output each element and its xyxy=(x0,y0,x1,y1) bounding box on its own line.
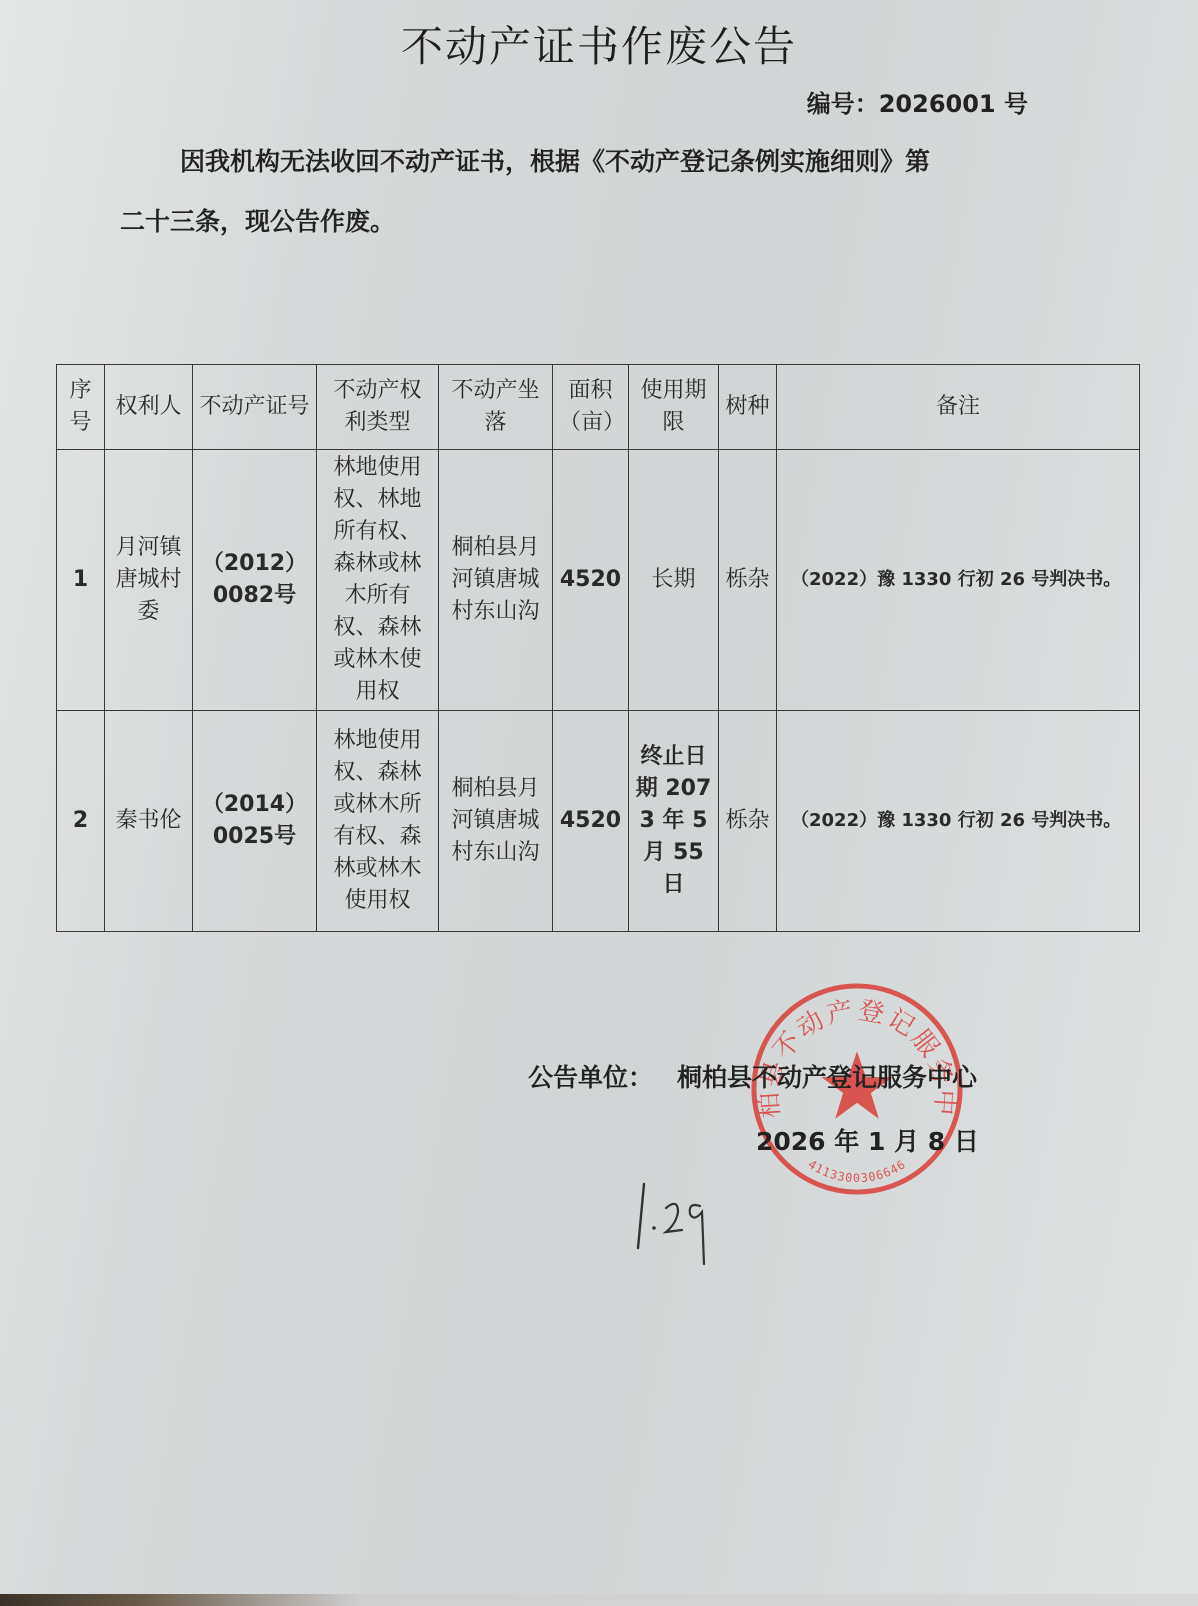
cell-remark: （2022）豫 1330 行初 26 号判决书。 xyxy=(777,450,1140,711)
document-number-value: 2026001 xyxy=(879,90,996,118)
document-number: 编号：2026001 号 xyxy=(807,84,1028,119)
certificate-table: 序号 权利人 不动产证号 不动产权利类型 不动产坐落 面积（亩） 使用期限 树种… xyxy=(56,364,1140,932)
cell-location: 桐柏县月河镇唐城村东山沟 xyxy=(439,450,553,711)
header-right-type: 不动产权利类型 xyxy=(317,365,439,450)
cell-right-type: 林地使用权、森林或林木所有权、森林或林木使用权 xyxy=(317,711,439,932)
header-holder: 权利人 xyxy=(105,365,193,450)
cell-index: 2 xyxy=(57,711,105,932)
header-cert-no: 不动产证号 xyxy=(193,365,317,450)
document-title: 不动产证书作废公告 xyxy=(0,14,1198,74)
issuer-name: 桐柏县不动产登记服务中心 xyxy=(677,1063,977,1092)
body-paragraph: 因我机构无法收回不动产证书，根据《不动产登记条例实施细则》第 二十三条，现公告作… xyxy=(120,132,1050,252)
cell-tree-species: 栎杂 xyxy=(719,450,777,711)
header-location: 不动产坐落 xyxy=(439,365,553,450)
cell-term: 终止日期 2073 年 5 月 55 日 xyxy=(629,711,719,932)
seal-text: 桐柏县不动产登记服务中心 xyxy=(748,980,960,1119)
cell-area: 4520 xyxy=(553,450,629,711)
document-number-suffix: 号 xyxy=(1004,90,1028,118)
cell-holder: 秦书伦 xyxy=(105,711,193,932)
svg-text:4113300306646: 4113300306646 xyxy=(806,1157,909,1185)
cell-location: 桐柏县月河镇唐城村东山沟 xyxy=(439,711,553,932)
handwritten-note-icon: 1.29 xyxy=(632,1176,732,1266)
header-index: 序号 xyxy=(57,365,105,450)
body-line-2: 二十三条，现公告作废。 xyxy=(120,192,1050,252)
header-area: 面积（亩） xyxy=(553,365,629,450)
cell-holder: 月河镇唐城村委 xyxy=(105,450,193,711)
seal-code: 4113300306646 xyxy=(806,1157,909,1185)
cell-cert-no: （2012）0082号 xyxy=(193,450,317,711)
table-header-row: 序号 权利人 不动产证号 不动产权利类型 不动产坐落 面积（亩） 使用期限 树种… xyxy=(57,365,1140,450)
issuer-line: 公告单位：桐柏县不动产登记服务中心 xyxy=(528,1058,977,1094)
body-line-1: 因我机构无法收回不动产证书，根据《不动产登记条例实施细则》第 xyxy=(120,132,1050,192)
issuer-label: 公告单位： xyxy=(528,1063,653,1092)
cell-cert-no: （2014）0025号 xyxy=(193,711,317,932)
svg-text:桐柏县不动产登记服务中心: 桐柏县不动产登记服务中心 xyxy=(748,980,960,1119)
issue-date: 2026 年 1 月 8 日 xyxy=(756,1122,979,1158)
cell-right-type: 林地使用权、林地所有权、森林或林木所有权、森林或林木使用权 xyxy=(317,450,439,711)
cell-index: 1 xyxy=(57,450,105,711)
cell-remark: （2022）豫 1330 行初 26 号判决书。 xyxy=(777,711,1140,932)
document-number-label: 编号： xyxy=(807,90,879,118)
cell-tree-species: 栎杂 xyxy=(719,711,777,932)
cell-term: 长期 xyxy=(629,450,719,711)
table-row: 1 月河镇唐城村委 （2012）0082号 林地使用权、林地所有权、森林或林木所… xyxy=(57,450,1140,711)
cell-area: 4520 xyxy=(553,711,629,932)
table-row: 2 秦书伦 （2014）0025号 林地使用权、森林或林木所有权、森林或林木使用… xyxy=(57,711,1140,932)
header-term: 使用期限 xyxy=(629,365,719,450)
header-remark: 备注 xyxy=(777,365,1140,450)
photo-edge-shadow xyxy=(0,1594,1198,1606)
header-tree-species: 树种 xyxy=(719,365,777,450)
